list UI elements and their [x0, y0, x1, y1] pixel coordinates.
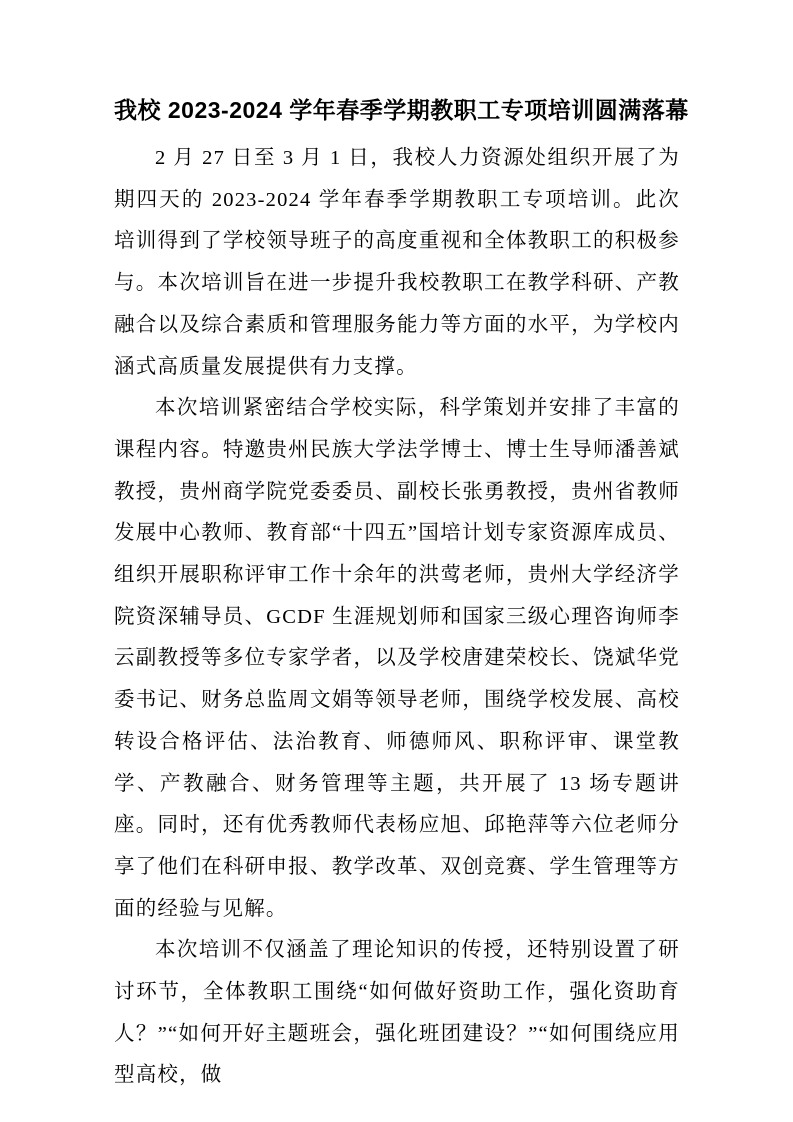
document-title: 我校 2023-2024 学年春季学期教职工专项培训圆满落幕 [114, 92, 680, 128]
paragraph-intro: 2 月 27 日至 3 月 1 日，我校人力资源处组织开展了为期四天的 2023… [114, 138, 680, 388]
document-content: 我校 2023-2024 学年春季学期教职工专项培训圆满落幕 2 月 27 日至… [114, 92, 680, 1097]
paragraph-lectures: 本次培训紧密结合学校实际，科学策划并安排了丰富的课程内容。特邀贵州民族大学法学博… [114, 388, 680, 930]
paragraph-discussion: 本次培训不仅涵盖了理论知识的传授，还特别设置了研讨环节，全体教职工围绕“如何做好… [114, 930, 680, 1097]
document-page: 我校 2023-2024 学年春季学期教职工专项培训圆满落幕 2 月 27 日至… [0, 0, 793, 1122]
